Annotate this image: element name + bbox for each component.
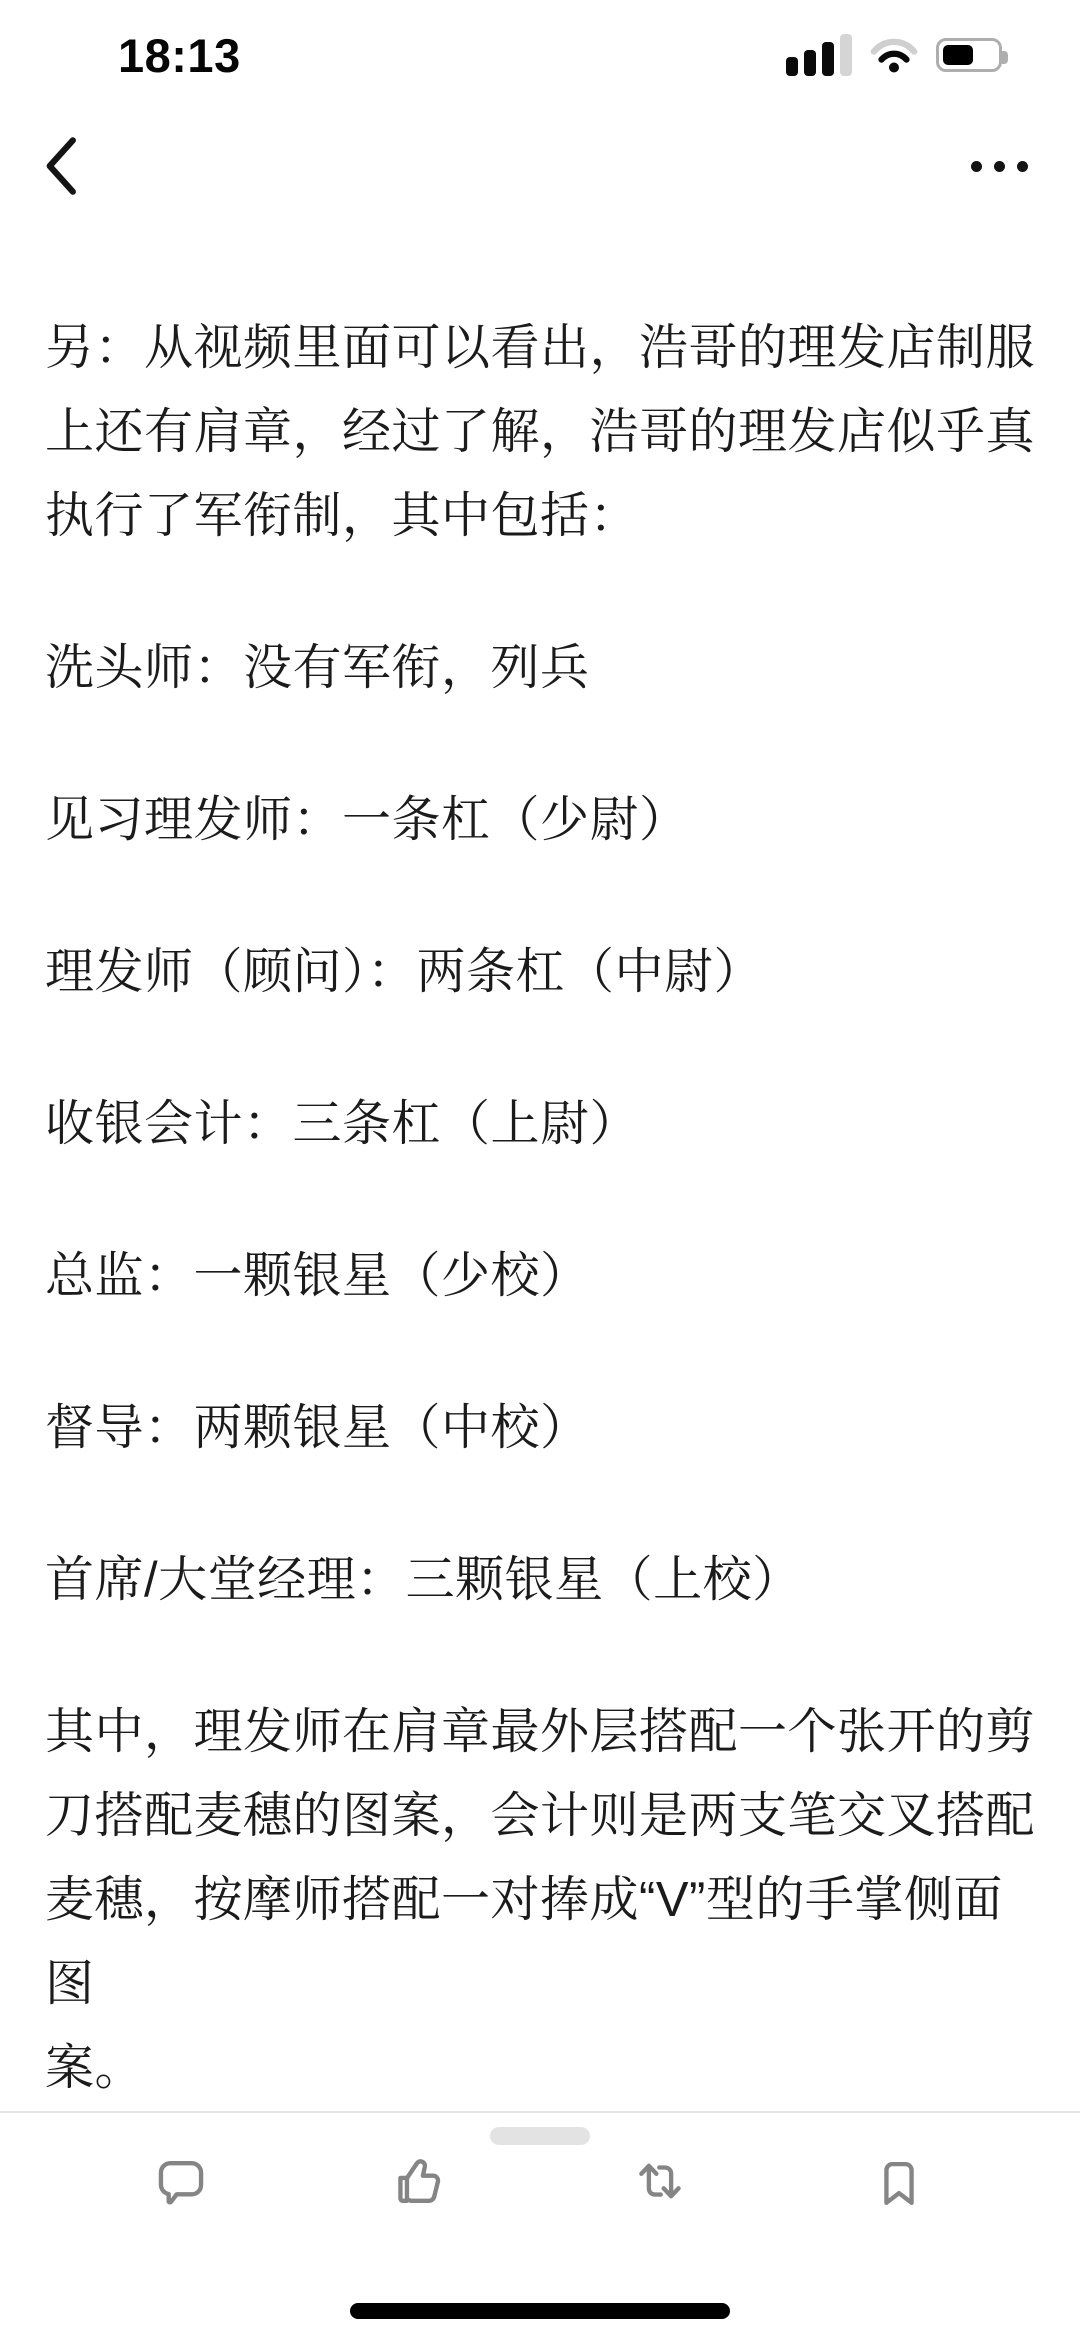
chevron-left-icon xyxy=(42,135,78,197)
battery-fill xyxy=(943,45,973,65)
bookmark-icon xyxy=(870,2153,928,2211)
post-paragraph: 总监：一颗银星（少校） xyxy=(45,1234,1035,1318)
status-time: 18:13 xyxy=(118,28,241,83)
more-button[interactable] xyxy=(971,161,1028,172)
bottom-toolbar xyxy=(0,2111,1080,2337)
post-paragraph: 另：从视频里面可以看出，浩哥的理发店制服 上还有肩章，经过了解，浩哥的理发店似乎… xyxy=(45,306,1035,558)
post-content: 另：从视频里面可以看出，浩哥的理发店制服 上还有肩章，经过了解，浩哥的理发店似乎… xyxy=(0,232,1080,2110)
drag-handle[interactable] xyxy=(490,2127,590,2145)
comment-icon xyxy=(152,2153,210,2211)
repost-icon xyxy=(631,2153,689,2211)
like-button[interactable] xyxy=(391,2153,449,2211)
comment-button[interactable] xyxy=(152,2153,210,2211)
nav-bar xyxy=(0,100,1080,232)
post-paragraph: 督导：两颗银星（中校） xyxy=(45,1386,1035,1470)
cellular-signal-icon xyxy=(786,34,852,76)
post-paragraph: 其中，理发师在肩章最外层搭配一个张开的剪 刀搭配麦穗的图案，会计则是两支笔交叉搭… xyxy=(45,1690,1035,2110)
bookmark-button[interactable] xyxy=(870,2153,928,2211)
thumbs-up-icon xyxy=(391,2153,449,2211)
battery-nub xyxy=(1002,51,1008,64)
battery-icon xyxy=(936,38,1002,72)
ellipsis-icon xyxy=(971,161,1028,172)
status-bar: 18:13 xyxy=(0,0,1080,100)
repost-button[interactable] xyxy=(631,2153,689,2211)
screen: 18:13 xyxy=(0,0,1080,2337)
toolbar-icons xyxy=(0,2151,1080,2213)
home-indicator[interactable] xyxy=(350,2303,730,2319)
post-paragraph: 首席/大堂经理：三颗银星（上校） xyxy=(45,1538,1035,1622)
back-button[interactable] xyxy=(42,135,78,197)
post-paragraph: 理发师（顾问）：两条杠（中尉） xyxy=(45,930,1035,1014)
status-icons xyxy=(786,34,1010,76)
post-paragraph: 洗头师：没有军衔，列兵 xyxy=(45,626,1035,710)
wifi-icon xyxy=(869,36,919,74)
post-paragraph: 收银会计：三条杠（上尉） xyxy=(45,1082,1035,1166)
post-paragraph: 见习理发师：一条杠（少尉） xyxy=(45,778,1035,862)
